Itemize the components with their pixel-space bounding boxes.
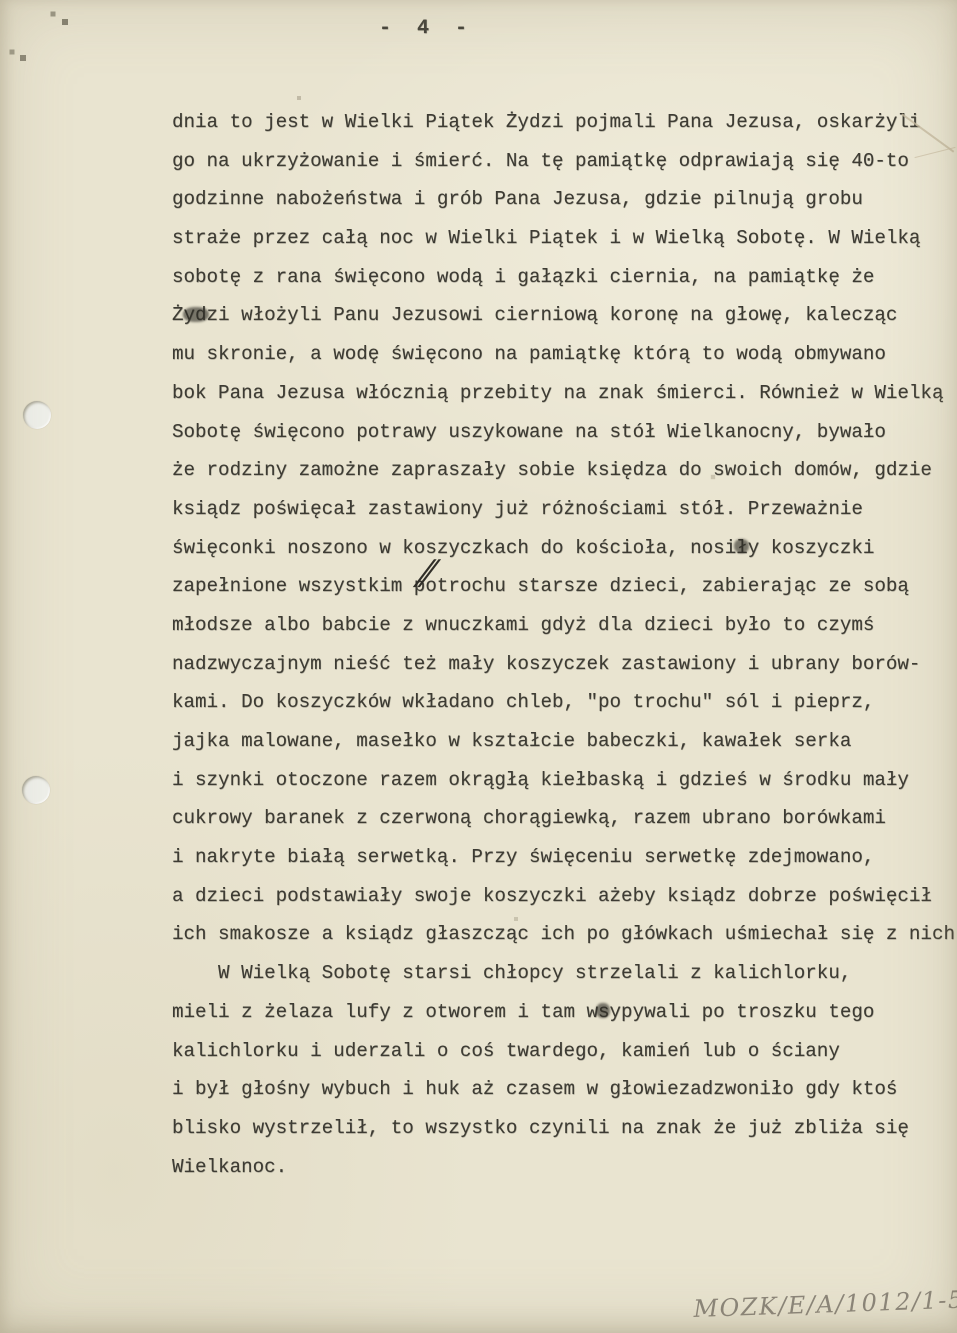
text-line: cukrowy baranek z czerwoną chorągiewką, … (172, 799, 955, 838)
overtype-smudge (734, 539, 749, 553)
text-line: Żydzi włożyli Panu Jezusowi cierniową ko… (172, 296, 955, 335)
text-line: W Wielką Sobotę starsi chłopcy strzelali… (172, 954, 955, 993)
document-page: - 4 - dnia to jest w Wielki Piątek Żydzi… (0, 0, 957, 1333)
text-line: zapełnione wszystkim potrochu starsze dz… (172, 567, 955, 606)
text-line: Sobotę święcono potrawy uszykowane na st… (172, 413, 955, 452)
text-line: święconki noszono w koszyczkach do kości… (172, 529, 955, 568)
text-line: sobotę z rana święcono wodą i gałązki ci… (172, 258, 955, 297)
text-line: i był głośny wybuch i huk aż czasem w gł… (172, 1070, 955, 1109)
punch-hole (22, 776, 50, 804)
text-line: dnia to jest w Wielki Piątek Żydzi pojma… (172, 103, 955, 142)
page-number: - 4 - (379, 17, 474, 40)
text-line: ich smakosze a ksiądz głaszcząc ich po g… (172, 915, 955, 954)
text-line: i nakryte białą serwetką. Przy święceniu… (172, 838, 955, 877)
text-line: kalichlorku i uderzali o coś twardego, k… (172, 1032, 955, 1071)
text-line: jajka malowane, masełko w kształcie babe… (172, 722, 955, 761)
text-line: mu skronie, a wodę święcono na pamiątkę … (172, 335, 955, 374)
text-line: ksiądz poświęcał zastawiony już różności… (172, 490, 955, 529)
text-line: bok Pana Jezusa włócznią przebity na zna… (172, 374, 955, 413)
text-line: blisko wystrzelił, to wszystko czynili n… (172, 1109, 955, 1148)
text-line: a dzieci podstawiały swoje koszyczki aże… (172, 877, 955, 916)
text-line: go na ukrzyżowanie i śmierć. Na tę pamią… (172, 142, 955, 181)
text-line: kami. Do koszyczków wkładano chleb, "po … (172, 683, 955, 722)
punch-hole (23, 401, 51, 429)
text-line: że rodziny zamożne zapraszały sobie księ… (172, 451, 955, 490)
text-line: mieli z żelaza lufy z otworem i tam wsyp… (172, 993, 955, 1032)
paper-specks (0, 0, 2, 2)
text-line: Wielkanoc. (172, 1148, 955, 1187)
overtype-smudge (183, 307, 209, 322)
text-line: nadzwyczajnym nieść też mały koszyczek z… (172, 645, 955, 684)
overtype-smudge (596, 1003, 610, 1018)
typewritten-text: dnia to jest w Wielki Piątek Żydzi pojma… (172, 103, 955, 1186)
archive-reference: MOZK/E/A/1012/1-5/4 (693, 1285, 957, 1323)
text-line: i szynki otoczone razem okrągłą kiełbask… (172, 761, 955, 800)
text-line: godzinne nabożeństwa i grób Pana Jezusa,… (172, 180, 955, 219)
text-line: straże przez całą noc w Wielki Piątek i … (172, 219, 955, 258)
text-line: młodsze albo babcie z wnuczkami gdyż dla… (172, 606, 955, 645)
